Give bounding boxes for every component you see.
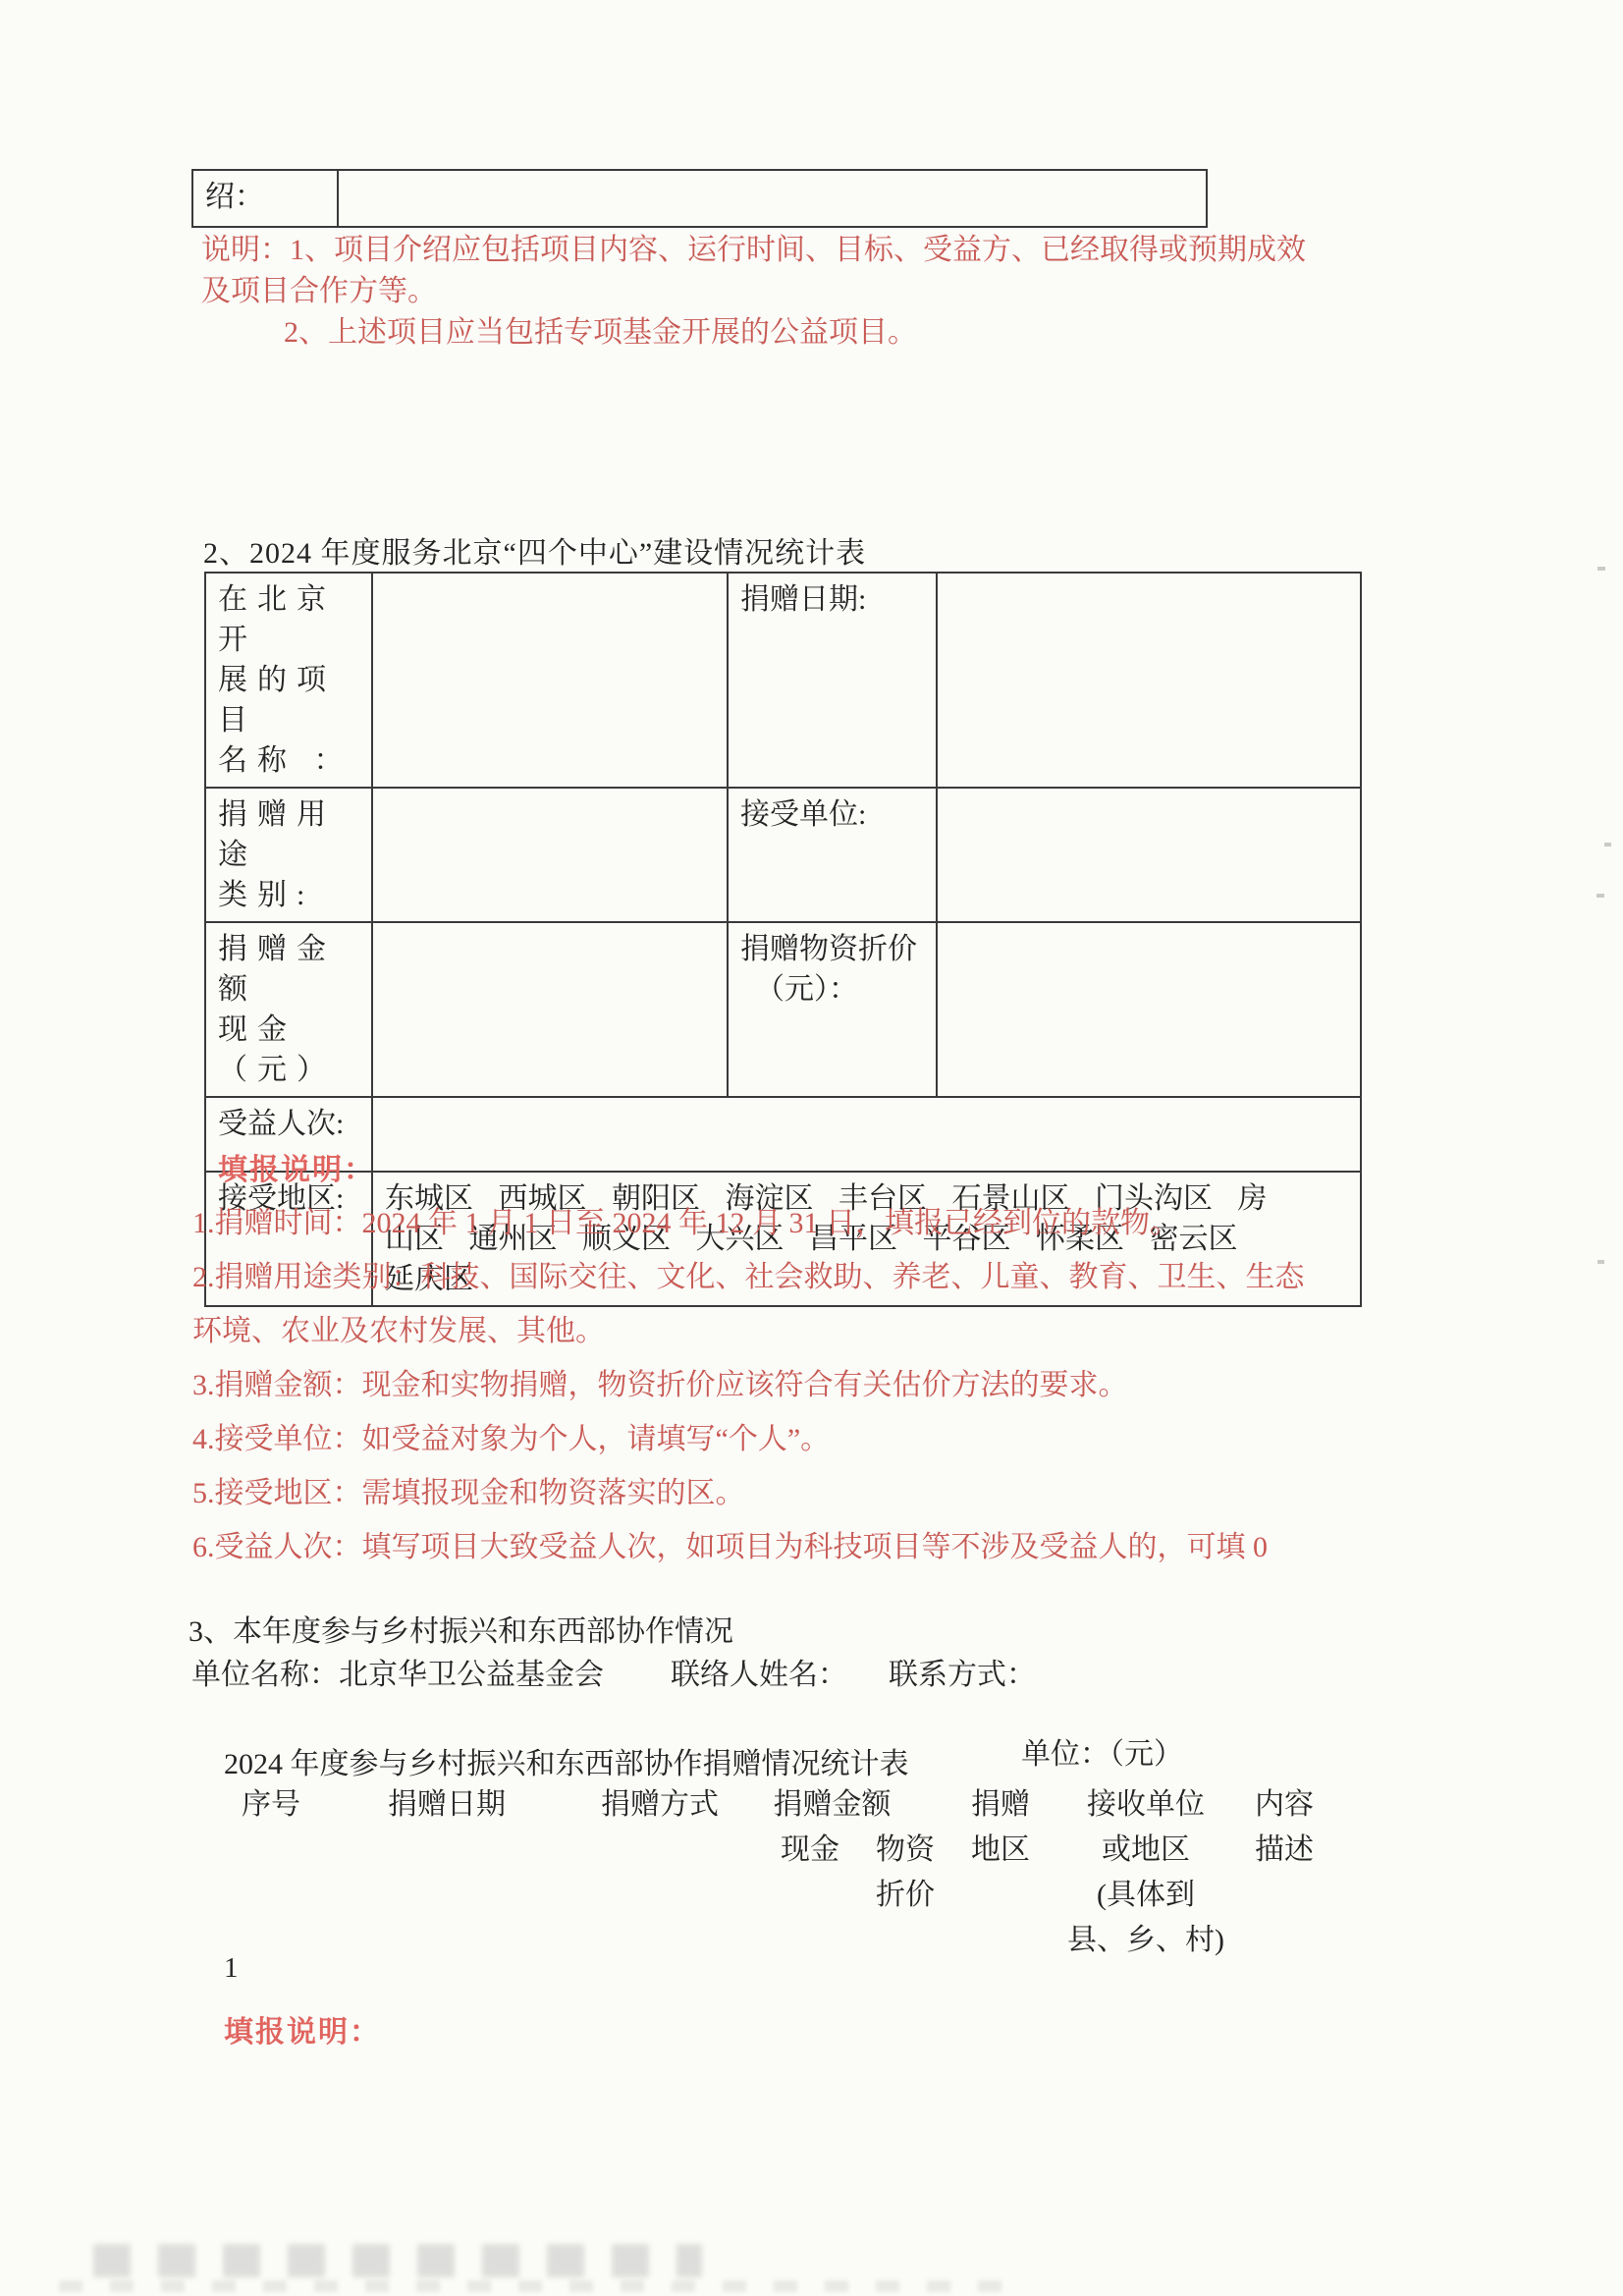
unit-label: 单位：（元）: [1021, 1735, 1183, 1775]
scan-artifact: [1597, 1260, 1604, 1264]
project-intro-table-fragment: 绍：: [191, 169, 1208, 228]
recipient-unit-label-cell: 接受单位:: [728, 788, 937, 922]
fill-note-item-6: 6.受益人次：填写项目大致受益人次，如项目为科技项目等不涉及受益人的，可填 0: [192, 1520, 1596, 1574]
goods-value-label-cell: 捐赠物资折价 （元）：: [728, 922, 937, 1097]
intro-suffix-value-cell: [338, 170, 1207, 227]
fill-note-item-3: 3.捐赠金额：现金和实物捐赠，物资折价应该符合有关估价方法的要求。: [192, 1358, 1596, 1412]
donation-date-value-cell: [937, 573, 1361, 788]
column-header-recipient: 接收单位 或地区 (具体到 县、乡、村): [1065, 1782, 1226, 1963]
beneficiaries-value-cell: [372, 1097, 1361, 1172]
section2-title: 2、2024 年度服务北京“四个中心”建设情况统计表: [203, 534, 866, 574]
project-name-value-cell: [372, 573, 728, 788]
contact-phone-label: 联系方式：: [889, 1656, 1036, 1695]
column-header-date: 捐赠日期: [324, 1782, 569, 1828]
section3-title: 3、本年度参与乡村振兴和东西部协作情况: [189, 1613, 733, 1652]
column-header-amount: 捐赠金额: [731, 1782, 933, 1828]
fill-note-item-4: 4.接受单位：如受益对象为个人，请填写“个人”。: [192, 1412, 1596, 1466]
cash-amount-value-cell: [372, 922, 728, 1097]
table-row: 绍：: [192, 170, 1207, 227]
org-name-label: 单位名称：北京华卫公益基金会: [191, 1656, 604, 1695]
column-header-amount-goods: 物资 折价: [851, 1828, 959, 1918]
fill-notes-list: 1.捐赠时间：2024 年 1 月 1 日至 2024 年 12 月 31 日，…: [192, 1196, 1596, 1574]
page-number: 1: [224, 1952, 239, 1985]
scan-artifact: [93, 2244, 702, 2277]
fill-notes-heading: 填报说明：: [218, 1151, 375, 1190]
cash-amount-label-cell: 捐赠金额 现金（元）: [205, 922, 372, 1097]
table-row: 受益人次:: [205, 1097, 1361, 1172]
contact-name-label: 联络人姓名：: [671, 1656, 847, 1695]
intro-suffix-label-cell: 绍：: [192, 170, 338, 227]
usage-category-label-cell: 捐赠用途 类别:: [205, 788, 372, 922]
scan-artifact: [1597, 567, 1605, 571]
column-header-region: 捐赠 地区: [954, 1782, 1047, 1873]
stats-table-title: 2024 年度参与乡村振兴和东西部协作捐赠情况统计表: [224, 1745, 909, 1784]
intro-note-text-2: 2、上述项目应当包括专项基金开展的公益项目。: [284, 312, 917, 354]
usage-category-value-cell: [372, 788, 728, 922]
intro-note-text: 说明：1、项目介绍应包括项目内容、运行时间、目标、受益方、已经取得或预期成效 及…: [201, 230, 1615, 312]
scan-artifact: [59, 2280, 1021, 2292]
fill-note-item-1: 1.捐赠时间：2024 年 1 月 1 日至 2024 年 12 月 31 日，…: [192, 1196, 1596, 1250]
table-row: 捐赠用途 类别: 接受单位:: [205, 788, 1361, 922]
table-row: 捐赠金额 现金（元） 捐赠物资折价 （元）：: [205, 922, 1361, 1097]
recipient-unit-value-cell: [937, 788, 1361, 922]
scanned-form-page: 绍： 说明：1、项目介绍应包括项目内容、运行时间、目标、受益方、已经取得或预期成…: [0, 0, 1623, 2296]
donation-date-label-cell: 捐赠日期:: [728, 573, 937, 788]
scan-artifact: [1596, 894, 1604, 898]
goods-value-value-cell: [937, 922, 1361, 1097]
column-header-seq: 序号: [217, 1782, 325, 1828]
fill-note-item-5: 5.接受地区：需填报现金和物资落实的区。: [192, 1466, 1596, 1520]
column-header-amount-cash: 现金: [756, 1828, 864, 1873]
column-header-description: 内容 描述: [1233, 1782, 1335, 1873]
table-row: 在北京开 展的项目 名称 ： 捐赠日期:: [205, 573, 1361, 788]
project-name-label-cell: 在北京开 展的项目 名称 ：: [205, 573, 372, 788]
scan-artifact: [1604, 843, 1611, 847]
fill-note-item-2: 2.捐赠用途类别：科技、国际交往、文化、社会救助、养老、儿童、教育、卫生、生态 …: [192, 1250, 1596, 1358]
bottom-fill-notes-heading: 填报说明：: [224, 2013, 381, 2052]
